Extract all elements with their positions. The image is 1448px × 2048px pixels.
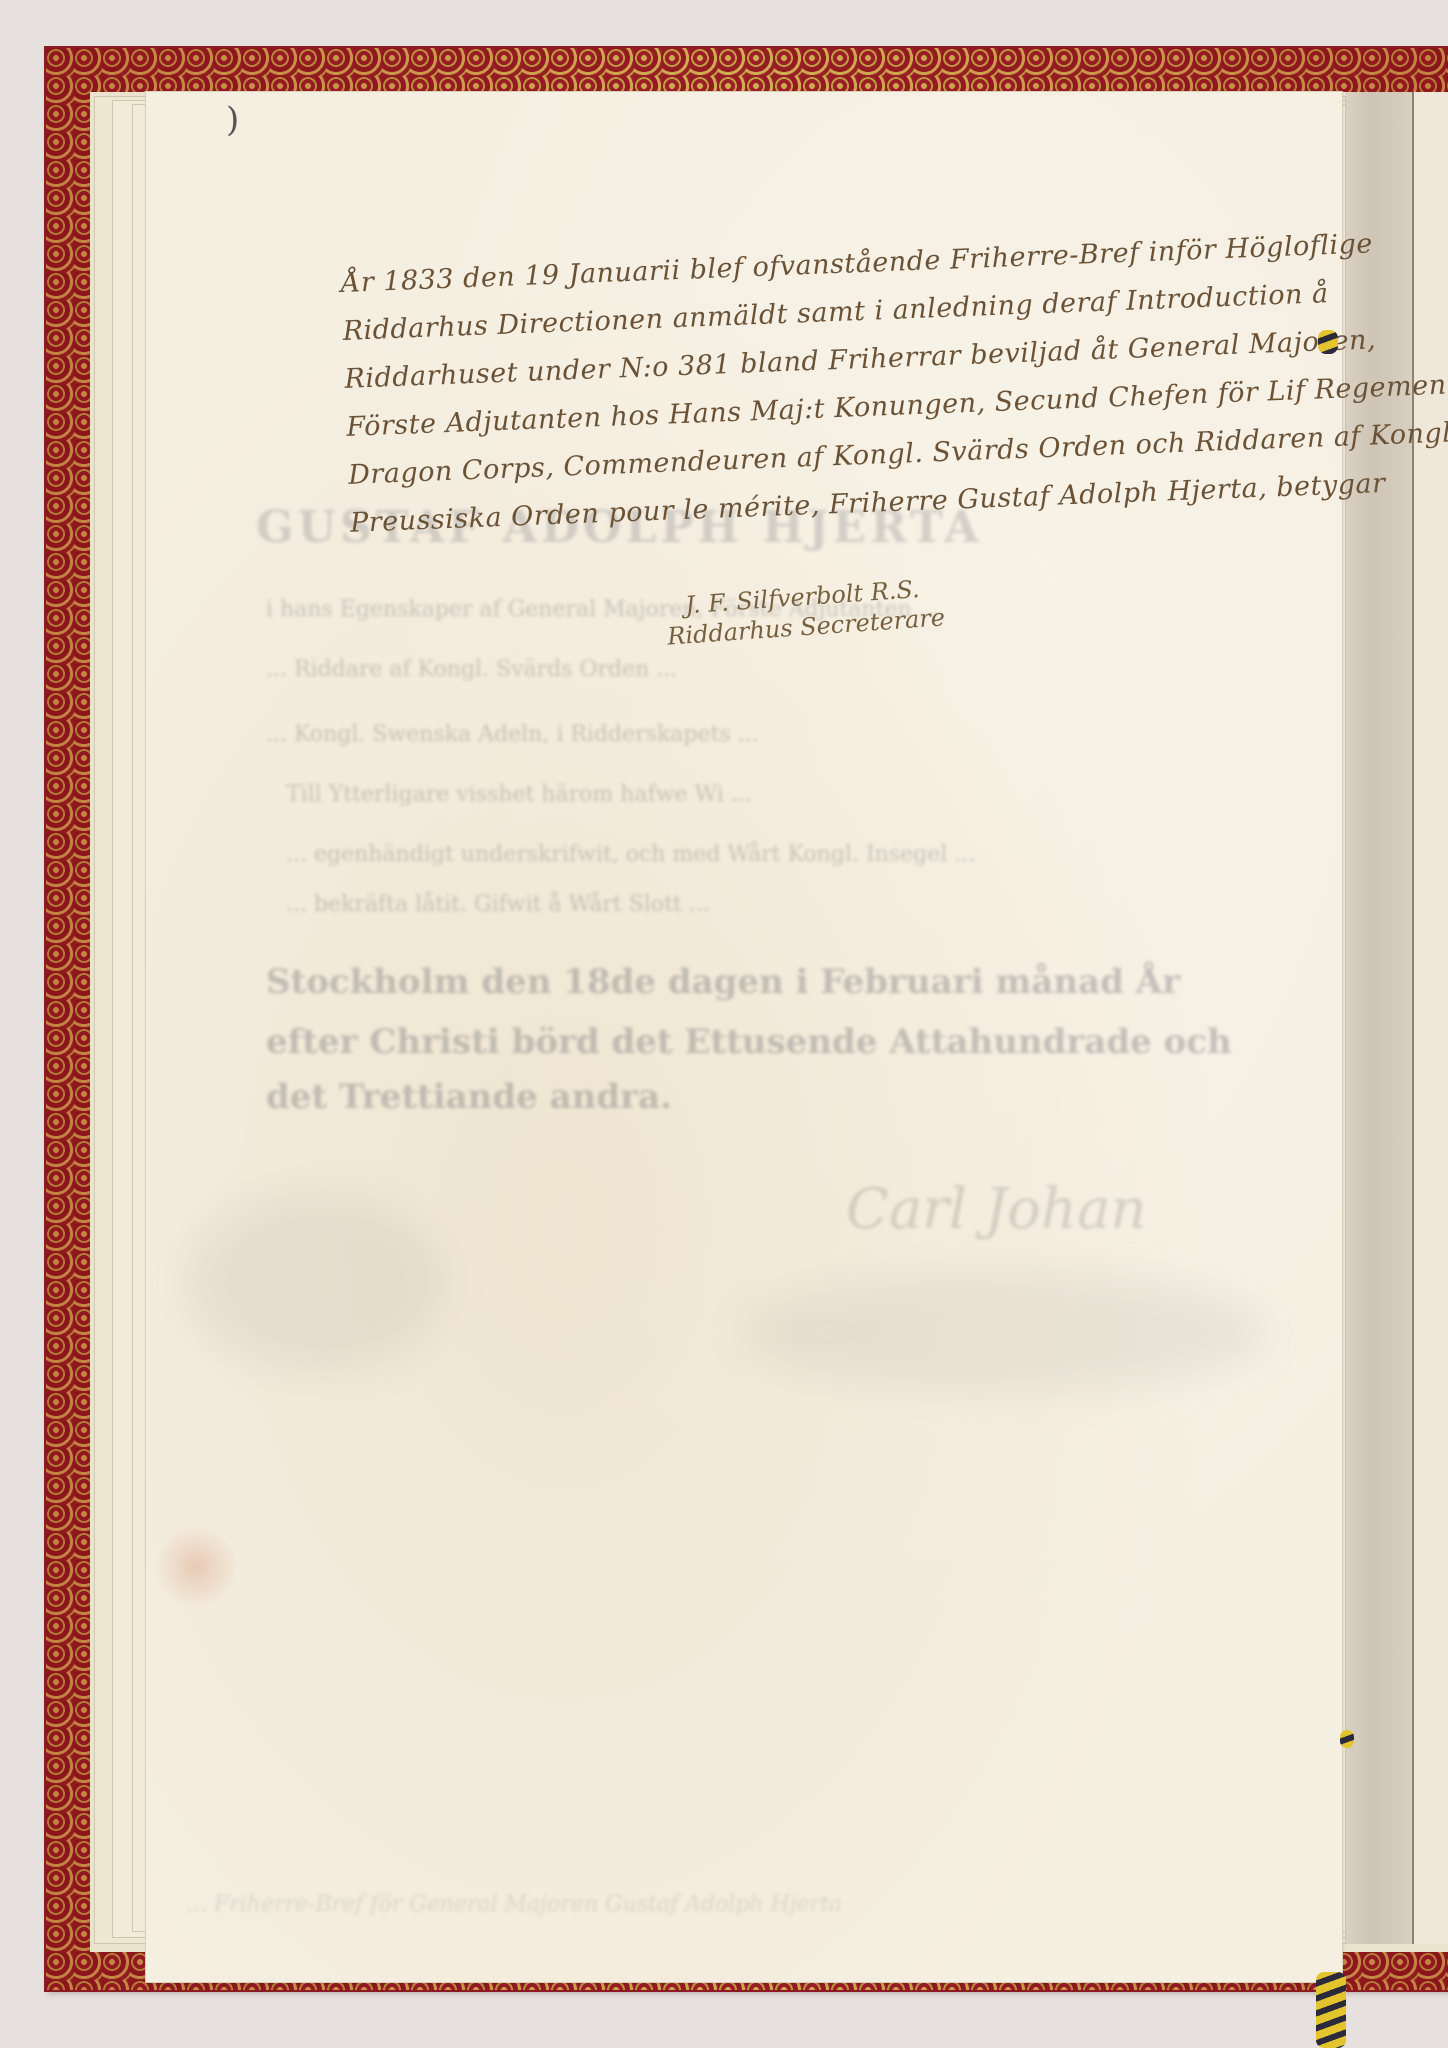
- bleed-through-line: ... egenhändigt underskrifwit, och med W…: [286, 842, 975, 867]
- bleed-through-line: ... bekräfta låtit. Gifwit å Wårt Slott …: [286, 892, 710, 917]
- pencil-mark: ): [226, 100, 239, 140]
- ribbon-knot: [1340, 1730, 1354, 1748]
- handwritten-annotation: År 1833 den 19 Januarii blef ofvanståend…: [340, 222, 1350, 548]
- bleed-through-line: ... Kongl. Swenska Adeln, i Ridderskapet…: [266, 722, 759, 747]
- bleed-through-closing: det Trettiande andra.: [266, 1077, 672, 1117]
- ribbon-bookmark-tail: [1316, 1972, 1346, 2048]
- bleed-through-closing: Stockholm den 18de dagen i Februari måna…: [266, 962, 1180, 1002]
- bleed-through-line: Till Ytterligare visshet härom hafwe Wi …: [286, 782, 752, 807]
- book-gutter: [1346, 92, 1412, 1944]
- reddish-stain: [156, 1522, 236, 1612]
- bleed-through-closing: efter Christi börd det Ettusende Attahun…: [266, 1022, 1232, 1062]
- page-smudge: [186, 1192, 446, 1372]
- bleed-through-line: ... Riddare af Kongl. Svärds Orden ...: [266, 657, 677, 682]
- page-smudge: [746, 1272, 1266, 1392]
- secretary-signature: J. F. Silfverbolt R.S. Riddarhus Secrete…: [664, 572, 946, 651]
- ribbon-bookmark-top: [1318, 330, 1338, 354]
- bleed-through-footer: ... Friherre-Bref för General Majoren Gu…: [186, 1892, 842, 1917]
- vellum-page: ) GUSTAF ADOLPH HJERTA i hans Egenskaper…: [146, 92, 1342, 1982]
- bleed-through-royal-signature: Carl Johan: [846, 1177, 1146, 1242]
